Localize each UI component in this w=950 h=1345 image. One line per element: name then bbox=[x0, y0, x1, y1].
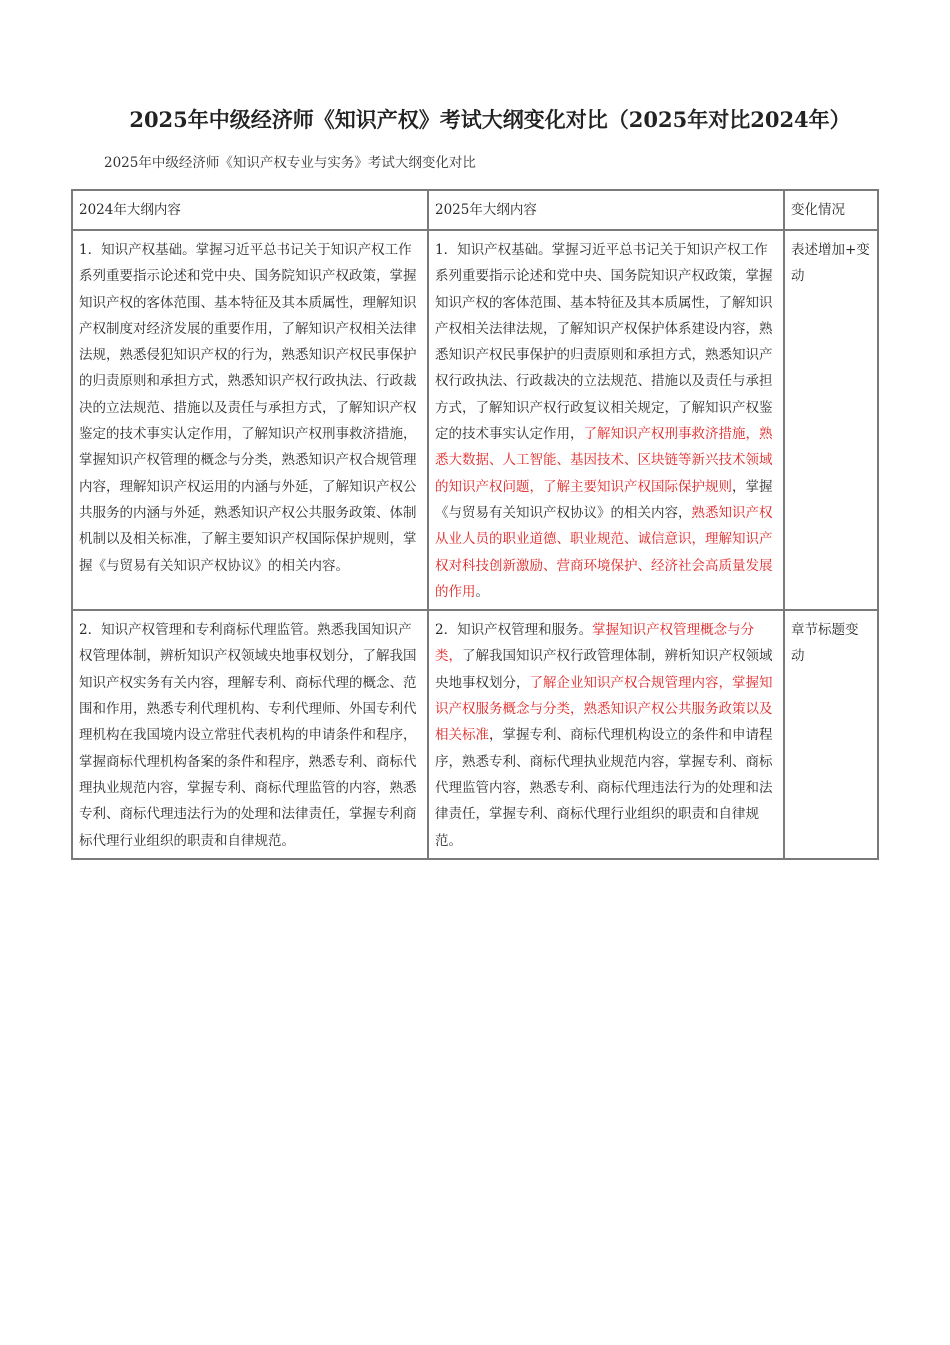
page-title: 2025年中级经济师《知识产权》考试大纲变化对比（2025年对比2024年） bbox=[0, 104, 950, 134]
cell-2024-content: 1．知识产权基础。掌握习近平总书记关于知识产权工作系列重要指示论述和党中央、国务… bbox=[72, 230, 428, 610]
text-unchanged: 。 bbox=[476, 584, 490, 600]
table-row: 1．知识产权基础。掌握习近平总书记关于知识产权工作系列重要指示论述和党中央、国务… bbox=[72, 230, 878, 610]
header-change-status: 变化情况 bbox=[784, 190, 878, 230]
header-2024-content: 2024年大纲内容 bbox=[72, 190, 428, 230]
text-unchanged: ，掌握专利、商标代理机构设立的条件和申请程序，熟悉专利、商标代理执业规范内容，掌… bbox=[435, 727, 773, 848]
header-2025-content: 2025年大纲内容 bbox=[428, 190, 784, 230]
document-subtitle: 2025年中级经济师《知识产权专业与实务》考试大纲变化对比 bbox=[104, 151, 476, 171]
text-unchanged: 1．知识产权基础。掌握习近平总书记关于知识产权工作系列重要指示论述和党中央、国务… bbox=[435, 242, 773, 442]
table-header-row: 2024年大纲内容 2025年大纲内容 变化情况 bbox=[72, 190, 878, 230]
cell-2024-content: 2．知识产权管理和专利商标代理监管。熟悉我国知识产权管理体制，辨析知识产权领域央… bbox=[72, 610, 428, 859]
table-row: 2．知识产权管理和专利商标代理监管。熟悉我国知识产权管理体制，辨析知识产权领域央… bbox=[72, 610, 878, 859]
cell-change-status: 章节标题变动 bbox=[784, 610, 878, 859]
text-unchanged: 2．知识产权管理和服务。 bbox=[435, 622, 592, 638]
cell-2025-content: 2．知识产权管理和服务。掌握知识产权管理概念与分类，了解我国知识产权行政管理体制… bbox=[428, 610, 784, 859]
cell-2025-content: 1．知识产权基础。掌握习近平总书记关于知识产权工作系列重要指示论述和党中央、国务… bbox=[428, 230, 784, 610]
syllabus-comparison-table: 2024年大纲内容 2025年大纲内容 变化情况 1．知识产权基础。掌握习近平总… bbox=[71, 189, 879, 860]
cell-change-status: 表述增加+变动 bbox=[784, 230, 878, 610]
